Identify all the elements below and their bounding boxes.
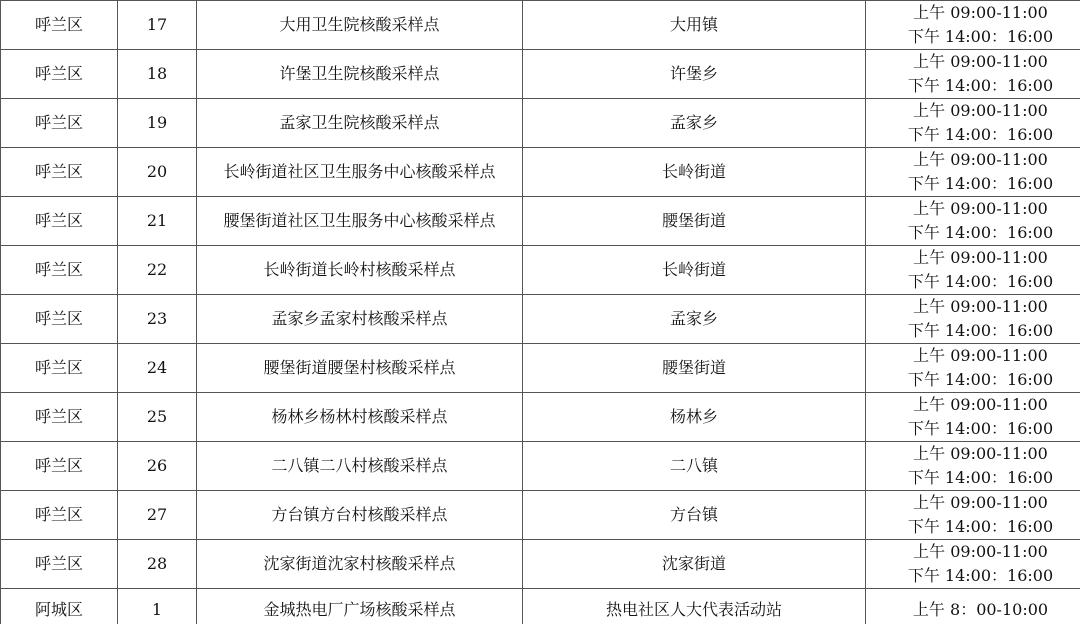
table-row: 呼兰区 19 孟家卫生院核酸采样点 孟家乡 上午 09:00-11:00下午 1… (1, 99, 1080, 148)
table-row: 呼兰区 21 腰堡街道社区卫生服务中心核酸采样点 腰堡街道 上午 09:00-1… (1, 197, 1080, 246)
town-cell: 长岭街道 (523, 246, 866, 295)
number-cell: 24 (118, 344, 197, 393)
town-cell: 腰堡街道 (523, 197, 866, 246)
sampling-site-cell: 孟家乡孟家村核酸采样点 (197, 295, 523, 344)
sampling-site-cell: 金城热电厂广场核酸采样点 (197, 589, 523, 624)
town-cell: 杨林乡 (523, 393, 866, 442)
afternoon-hours: 下午 14:00：16:00 (866, 564, 1080, 588)
afternoon-hours: 下午 14:00：16:00 (866, 172, 1080, 196)
number-cell: 17 (118, 1, 197, 50)
hours-cell: 上午 09:00-11:00下午 14:00：16:00 (866, 148, 1080, 197)
afternoon-hours: 下午 14:00：16:00 (866, 221, 1080, 245)
hours-cell: 上午 8：00-10:00 (866, 589, 1080, 624)
hours-cell: 上午 09:00-11:00下午 14:00：16:00 (866, 197, 1080, 246)
district-cell: 呼兰区 (1, 99, 118, 148)
morning-hours: 上午 09:00-11:00 (866, 148, 1080, 172)
district-cell: 呼兰区 (1, 442, 118, 491)
table-row: 呼兰区 18 许堡卫生院核酸采样点 许堡乡 上午 09:00-11:00下午 1… (1, 50, 1080, 99)
hours-cell: 上午 09:00-11:00下午 14:00：16:00 (866, 99, 1080, 148)
hours-cell: 上午 09:00-11:00下午 14:00：16:00 (866, 344, 1080, 393)
town-cell: 大用镇 (523, 1, 866, 50)
table-row: 呼兰区 22 长岭街道长岭村核酸采样点 长岭街道 上午 09:00-11:00下… (1, 246, 1080, 295)
district-cell: 呼兰区 (1, 50, 118, 99)
morning-hours: 上午 09:00-11:00 (866, 197, 1080, 221)
town-cell: 沈家街道 (523, 540, 866, 589)
number-cell: 26 (118, 442, 197, 491)
table-row: 呼兰区 20 长岭街道社区卫生服务中心核酸采样点 长岭街道 上午 09:00-1… (1, 148, 1080, 197)
table-body: 呼兰区 17 大用卫生院核酸采样点 大用镇 上午 09:00-11:00下午 1… (1, 1, 1080, 624)
table-row: 呼兰区 25 杨林乡杨林村核酸采样点 杨林乡 上午 09:00-11:00下午 … (1, 393, 1080, 442)
town-cell: 二八镇 (523, 442, 866, 491)
morning-hours: 上午 09:00-11:00 (866, 246, 1080, 270)
sampling-site-cell: 方台镇方台村核酸采样点 (197, 491, 523, 540)
sampling-site-cell: 二八镇二八村核酸采样点 (197, 442, 523, 491)
number-cell: 25 (118, 393, 197, 442)
table-row: 呼兰区 23 孟家乡孟家村核酸采样点 孟家乡 上午 09:00-11:00下午 … (1, 295, 1080, 344)
town-cell: 热电社区人大代表活动站 (523, 589, 866, 624)
morning-hours: 上午 09:00-11:00 (866, 540, 1080, 564)
number-cell: 21 (118, 197, 197, 246)
number-cell: 18 (118, 50, 197, 99)
town-cell: 方台镇 (523, 491, 866, 540)
district-cell: 呼兰区 (1, 491, 118, 540)
hours-cell: 上午 09:00-11:00下午 14:00：16:00 (866, 491, 1080, 540)
table-row: 阿城区 1 金城热电厂广场核酸采样点 热电社区人大代表活动站 上午 8：00-1… (1, 589, 1080, 624)
district-cell: 呼兰区 (1, 295, 118, 344)
number-cell: 19 (118, 99, 197, 148)
afternoon-hours: 下午 14:00：16:00 (866, 74, 1080, 98)
table-row: 呼兰区 17 大用卫生院核酸采样点 大用镇 上午 09:00-11:00下午 1… (1, 1, 1080, 50)
town-cell: 长岭街道 (523, 148, 866, 197)
sampling-sites-table: 呼兰区 17 大用卫生院核酸采样点 大用镇 上午 09:00-11:00下午 1… (0, 0, 1080, 624)
sampling-site-cell: 腰堡街道腰堡村核酸采样点 (197, 344, 523, 393)
number-cell: 22 (118, 246, 197, 295)
morning-hours: 上午 09:00-11:00 (866, 491, 1080, 515)
hours-cell: 上午 09:00-11:00下午 14:00：16:00 (866, 1, 1080, 50)
district-cell: 阿城区 (1, 589, 118, 624)
sampling-site-cell: 许堡卫生院核酸采样点 (197, 50, 523, 99)
hours-cell: 上午 09:00-11:00下午 14:00：16:00 (866, 246, 1080, 295)
afternoon-hours: 下午 14:00：16:00 (866, 515, 1080, 539)
afternoon-hours: 下午 14:00：16:00 (866, 123, 1080, 147)
town-cell: 许堡乡 (523, 50, 866, 99)
table-row: 呼兰区 24 腰堡街道腰堡村核酸采样点 腰堡街道 上午 09:00-11:00下… (1, 344, 1080, 393)
morning-hours: 上午 09:00-11:00 (866, 442, 1080, 466)
sampling-site-cell: 大用卫生院核酸采样点 (197, 1, 523, 50)
afternoon-hours: 下午 14:00：16:00 (866, 25, 1080, 49)
morning-hours: 上午 09:00-11:00 (866, 393, 1080, 417)
morning-hours: 上午 09:00-11:00 (866, 344, 1080, 368)
town-cell: 孟家乡 (523, 295, 866, 344)
district-cell: 呼兰区 (1, 246, 118, 295)
afternoon-hours: 下午 14:00：16:00 (866, 368, 1080, 392)
hours-cell: 上午 09:00-11:00下午 14:00：16:00 (866, 50, 1080, 99)
sampling-site-cell: 沈家街道沈家村核酸采样点 (197, 540, 523, 589)
sampling-site-cell: 长岭街道社区卫生服务中心核酸采样点 (197, 148, 523, 197)
afternoon-hours: 下午 14:00：16:00 (866, 466, 1080, 490)
district-cell: 呼兰区 (1, 197, 118, 246)
hours-cell: 上午 09:00-11:00下午 14:00：16:00 (866, 540, 1080, 589)
district-cell: 呼兰区 (1, 393, 118, 442)
district-cell: 呼兰区 (1, 344, 118, 393)
district-cell: 呼兰区 (1, 540, 118, 589)
morning-hours: 上午 09:00-11:00 (866, 295, 1080, 319)
morning-hours: 上午 09:00-11:00 (866, 1, 1080, 25)
sampling-site-cell: 腰堡街道社区卫生服务中心核酸采样点 (197, 197, 523, 246)
town-cell: 孟家乡 (523, 99, 866, 148)
morning-hours: 上午 09:00-11:00 (866, 50, 1080, 74)
district-cell: 呼兰区 (1, 1, 118, 50)
afternoon-hours: 下午 14:00：16:00 (866, 319, 1080, 343)
table-row: 呼兰区 27 方台镇方台村核酸采样点 方台镇 上午 09:00-11:00下午 … (1, 491, 1080, 540)
district-cell: 呼兰区 (1, 148, 118, 197)
table-row: 呼兰区 28 沈家街道沈家村核酸采样点 沈家街道 上午 09:00-11:00下… (1, 540, 1080, 589)
town-cell: 腰堡街道 (523, 344, 866, 393)
hours-cell: 上午 09:00-11:00下午 14:00：16:00 (866, 295, 1080, 344)
number-cell: 1 (118, 589, 197, 624)
sampling-site-cell: 孟家卫生院核酸采样点 (197, 99, 523, 148)
hours-cell: 上午 09:00-11:00下午 14:00：16:00 (866, 442, 1080, 491)
afternoon-hours: 下午 14:00：16:00 (866, 417, 1080, 441)
afternoon-hours: 下午 14:00：16:00 (866, 270, 1080, 294)
sampling-site-cell: 长岭街道长岭村核酸采样点 (197, 246, 523, 295)
morning-hours: 上午 8：00-10:00 (866, 598, 1080, 622)
number-cell: 28 (118, 540, 197, 589)
morning-hours: 上午 09:00-11:00 (866, 99, 1080, 123)
table-row: 呼兰区 26 二八镇二八村核酸采样点 二八镇 上午 09:00-11:00下午 … (1, 442, 1080, 491)
number-cell: 23 (118, 295, 197, 344)
number-cell: 27 (118, 491, 197, 540)
sampling-site-cell: 杨林乡杨林村核酸采样点 (197, 393, 523, 442)
number-cell: 20 (118, 148, 197, 197)
hours-cell: 上午 09:00-11:00下午 14:00：16:00 (866, 393, 1080, 442)
